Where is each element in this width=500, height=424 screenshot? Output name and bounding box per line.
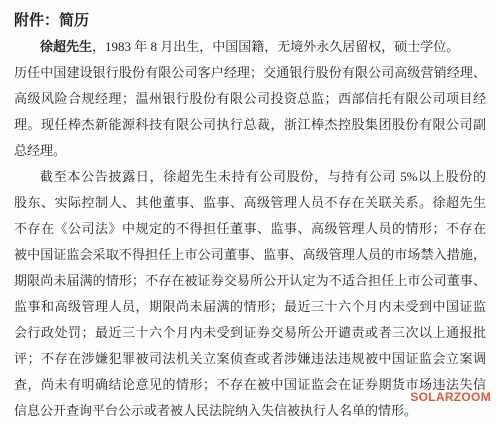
resume-intro-line: 徐超先生，1983 年 8 月出生，中国国籍，无境外永久居留权，硕士学位。 (14, 34, 486, 60)
intro-line-rest: ，1983 年 8 月出生，中国国籍，无境外永久居留权，硕士学位。 (92, 39, 459, 54)
person-name: 徐超先生 (40, 39, 92, 54)
resume-line: 监事和高级管理人员，期限尚未届满的情形；最近三十六个月内未受到中国证监 (14, 294, 486, 320)
attachment-heading: 附件：简历 (14, 8, 486, 34)
resume-line: 总经理。 (14, 138, 486, 164)
resume-line: 期限尚未届满的情形；不存在被证券交易所公开认定为不适合担任上市公司董事、 (14, 268, 486, 294)
solarzoom-watermark: SOLARZOOM (410, 391, 491, 403)
resume-line: 会行政处罚；最近三十六个月内未受到证券交易所公开谴责或者三次以上通报批 (14, 320, 486, 346)
resume-line: 理。现任棒杰新能源科技有限公司执行总裁，浙江棒杰控股集团股份有限公司副 (14, 112, 486, 138)
resume-line: 被中国证监会采取不得担任上市公司董事、监事、高级管理人员的市场禁入措施， (14, 242, 486, 268)
resume-line: 股东、实际控制人、其他董事、监事、高级管理人员不存在关联关系。徐超先生 (14, 190, 486, 216)
resume-line: 评；不存在涉嫌犯罪被司法机关立案侦查或者涉嫌违法违规被中国证监会立案调 (14, 346, 486, 372)
resume-line: 历任中国建设银行股份有限公司客户经理；交通银行股份有限公司高级营销经理、 (14, 60, 486, 86)
resume-document-page: 附件：简历 徐超先生，1983 年 8 月出生，中国国籍，无境外永久居留权，硕士… (0, 0, 500, 424)
resume-line: 高级风险合规经理；温州银行股份有限公司投资总监；西部信托有限公司项目经 (14, 86, 486, 112)
resume-line: 不存在《公司法》中规定的不得担任董事、监事、高级管理人员的情形；不存在 (14, 216, 486, 242)
resume-line: 截至本公告披露日，徐超先生未持有公司股份，与持有公司 5%以上股份的 (14, 164, 486, 190)
